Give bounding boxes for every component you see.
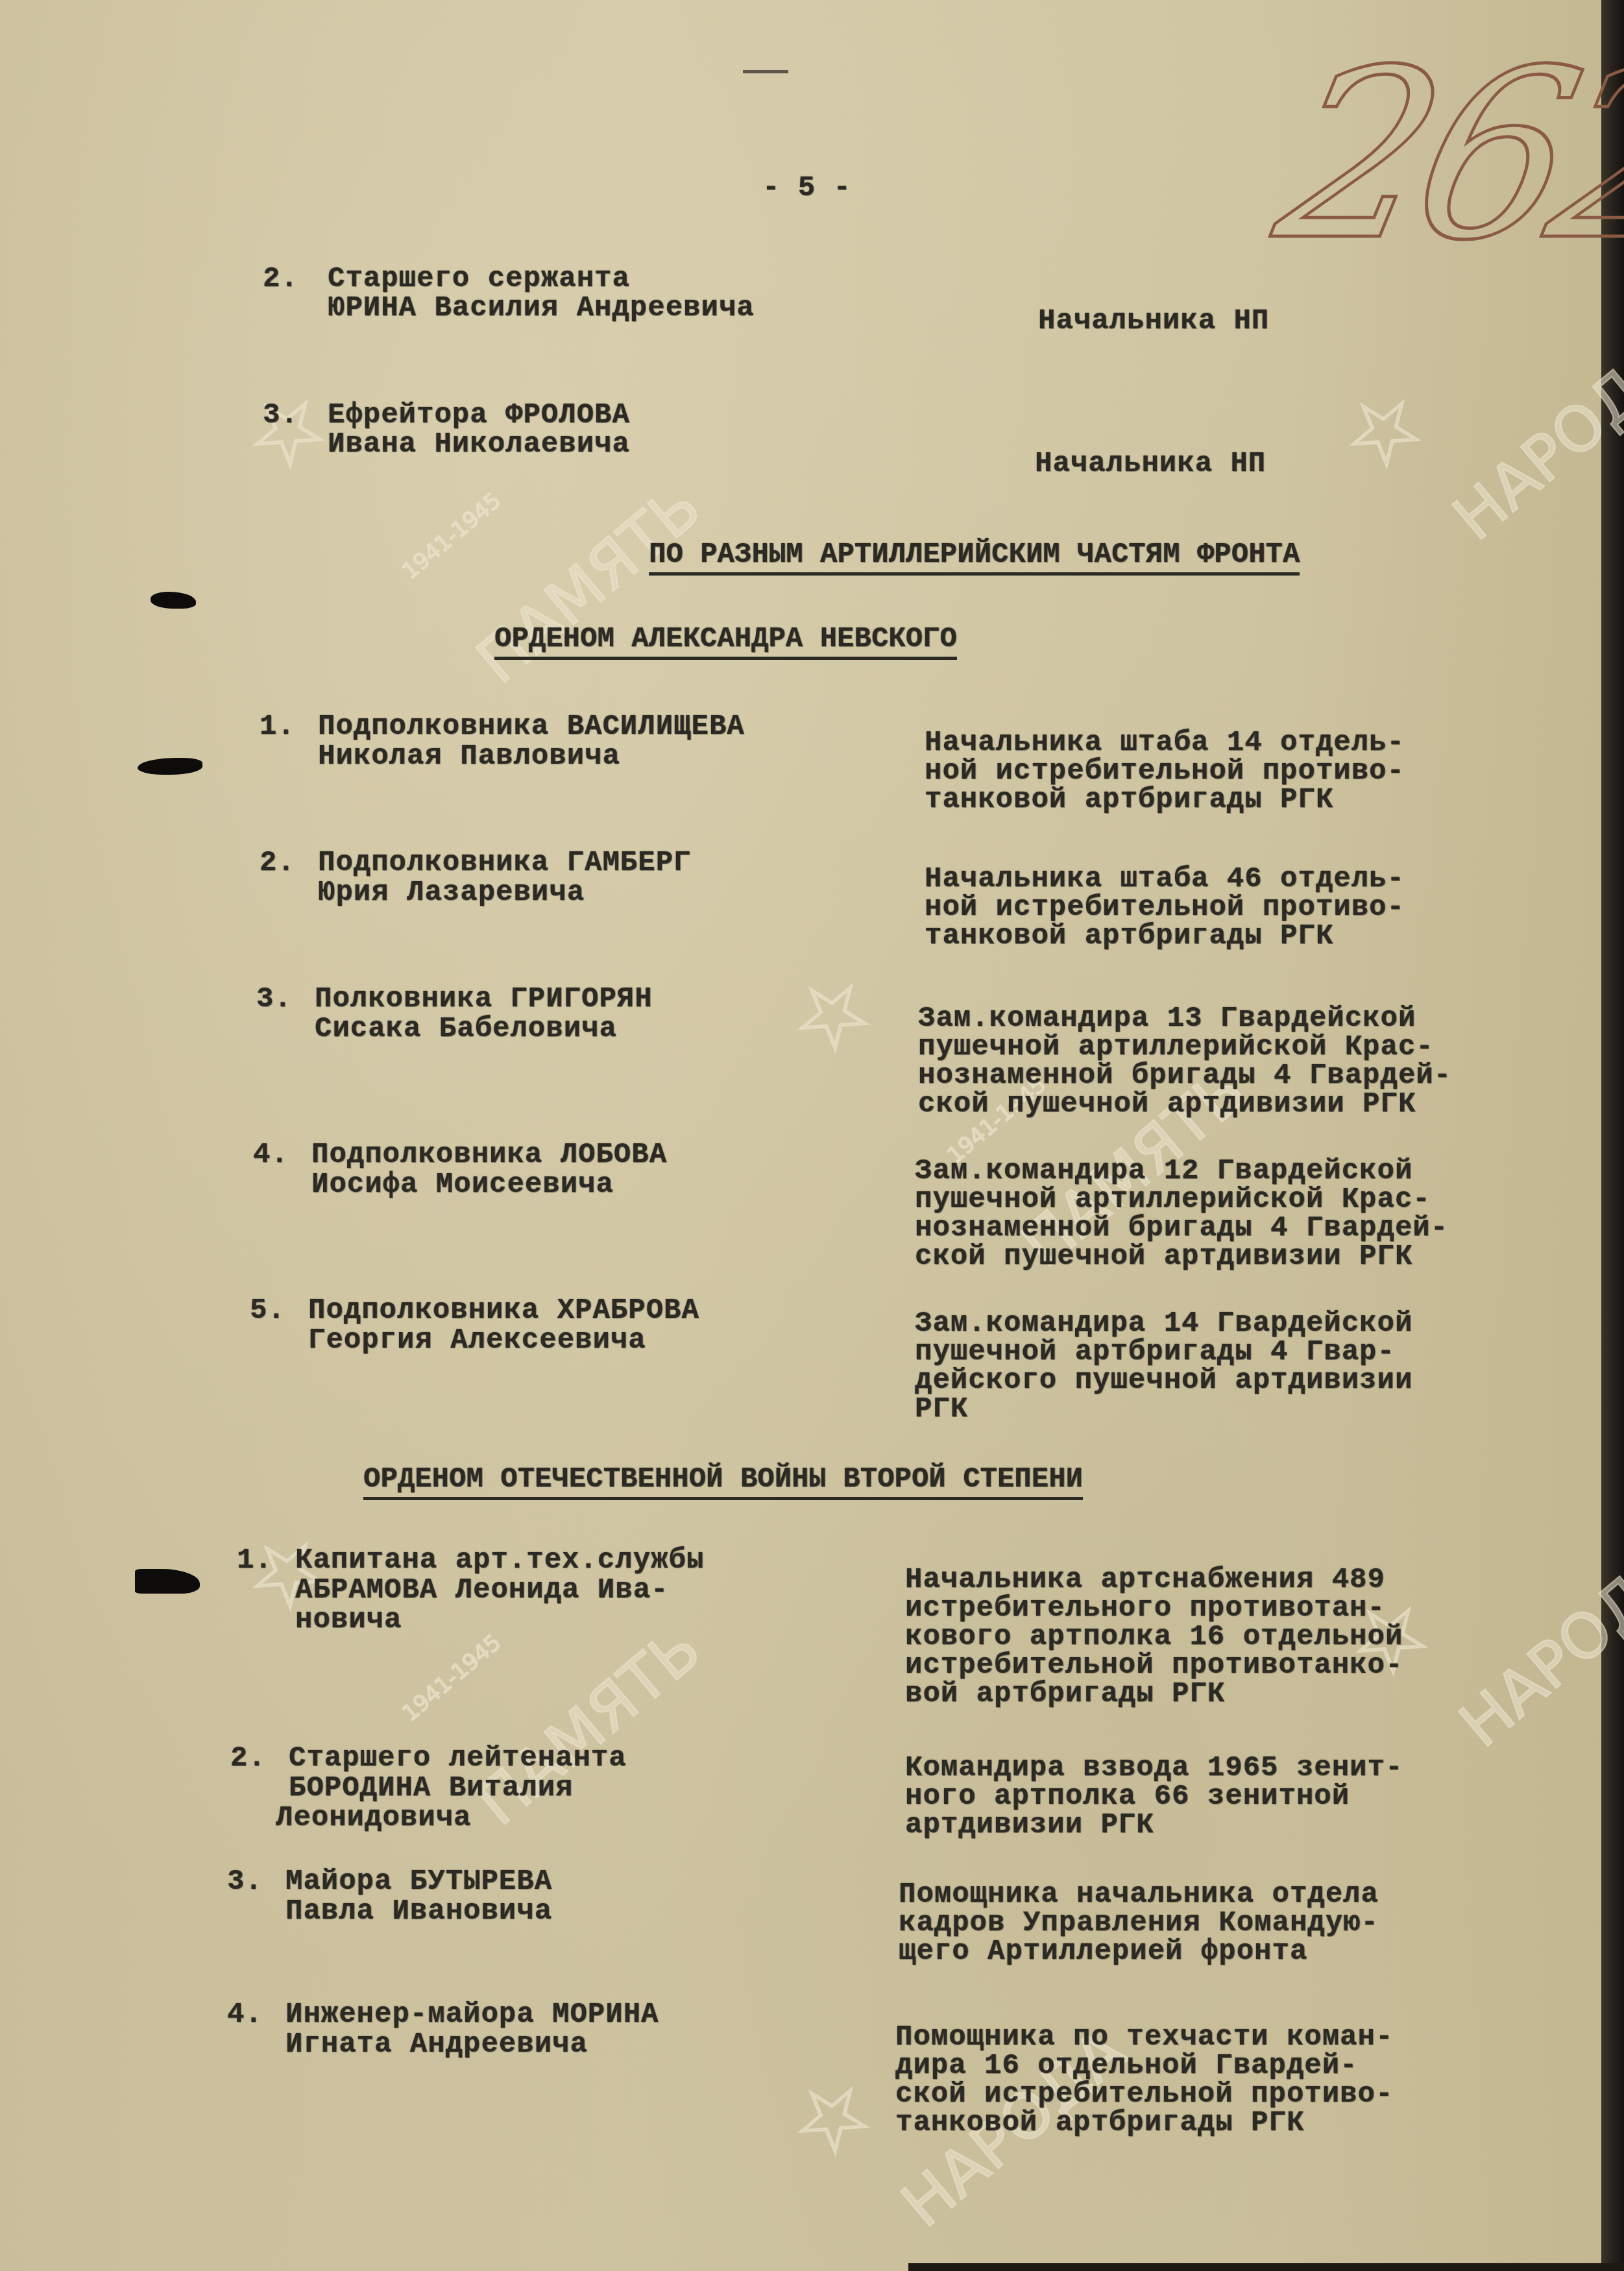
entry-position-line: нознаменной бригады 4 Гвардей-	[915, 1212, 1448, 1245]
entry-name-line: Леонидовича	[276, 1802, 471, 1834]
entry-position-line: кадров Управления Командую-	[899, 1907, 1379, 1939]
entry-position-line: Начальника штаба 46 отдель-	[925, 863, 1405, 895]
entry-name: ЮРИНА Василия Андреевича	[328, 292, 755, 324]
entry-name-line: Подполковника ЛОБОВА	[311, 1139, 667, 1171]
entry-position-line: кового артполка 16 отдельной	[905, 1621, 1403, 1653]
entry-position-line: РГК	[915, 1393, 968, 1426]
entry-position-line: истребительного противотан-	[905, 1592, 1385, 1625]
entry-position: Начальника НП	[1035, 448, 1266, 480]
entry-name: Ивана Николаевича	[328, 428, 630, 461]
entry-name-line: Игната Андреевича	[285, 2028, 588, 2061]
entry-position-line: пушечной артиллерийской Крас-	[915, 1184, 1431, 1216]
entry-position-line: Зам.командира 14 Гвардейской	[915, 1307, 1412, 1340]
entry-position-line: Помощника начальника отдела	[899, 1878, 1379, 1911]
top-dash-mark	[743, 70, 788, 73]
entry-position-line: Начальника штаба 14 отдель-	[925, 727, 1405, 759]
entry-name-line: БОРОДИНА Виталия	[289, 1772, 573, 1804]
entry-number: 4.	[227, 1998, 263, 2031]
entry-name-line: Майора БУТЫРЕВА	[285, 1865, 552, 1898]
entry-position-line: ного артполка 66 зенитной	[905, 1780, 1350, 1813]
entry-position-line: танковой артбригады РГК	[925, 784, 1333, 816]
entry-name-line: Инженер-майора МОРИНА	[285, 1998, 659, 2031]
entry-name-line: Иосифа Моисеевича	[311, 1169, 614, 1201]
entry-number: 2.	[263, 263, 298, 295]
entry-number: 1.	[260, 710, 295, 743]
entry-position-line: пушечной артиллерийской Крас-	[918, 1031, 1434, 1063]
entry-position-line: ской истребительной противо-	[895, 2078, 1393, 2111]
order-title: ОРДЕНОМ ОТЕЧЕСТВЕННОЙ ВОЙНЫ ВТОРОЙ СТЕПЕ…	[363, 1463, 1083, 1500]
entry-name-line: Капитана арт.тех.службы	[295, 1544, 704, 1577]
entry-position-line: танковой артбригады РГК	[895, 2107, 1304, 2139]
entry-position-line: нознаменной бригады 4 Гвардей-	[918, 1060, 1451, 1092]
entry-name-line: новича	[295, 1604, 402, 1636]
entry-name-line: Старшего лейтенанта	[289, 1742, 627, 1775]
entry-number: 3.	[227, 1865, 263, 1898]
order-title: ОРДЕНОМ АЛЕКСАНДРА НЕВСКОГО	[494, 623, 957, 660]
entry-position-line: артдивизии РГК	[905, 1809, 1154, 1841]
entry-position-line: дейского пушечной артдивизии	[915, 1365, 1412, 1397]
entry-position-line: Командира взвода 1965 зенит-	[905, 1752, 1403, 1784]
entry-number: 5.	[250, 1294, 285, 1327]
entry-position-line: ской пушечной артдивизии РГК	[915, 1241, 1412, 1273]
entry-position-line: истребительной противотанко-	[905, 1649, 1403, 1682]
entry-name-line: Подполковника ХРАБРОВА	[308, 1294, 699, 1327]
entry-position-line: Начальника артснабжения 489	[905, 1564, 1385, 1596]
entry-position-line: вой артбригады РГК	[905, 1678, 1225, 1710]
entry-position-line: дира 16 отдельной Гвардей-	[895, 2050, 1358, 2082]
entry-name-line: Сисака Бабеловича	[315, 1013, 617, 1045]
entry-position-line: ной истребительной противо-	[925, 892, 1405, 924]
entry-number: 3.	[256, 983, 292, 1015]
entry-name-line: Подполковника ГАМБЕРГ	[318, 847, 692, 879]
entry-number: 3.	[263, 399, 298, 431]
entry-position-line: Зам.командира 12 Гвардейской	[915, 1155, 1412, 1187]
entry-name-line: Павла Ивановича	[285, 1895, 552, 1928]
archive-page-number-handwritten: 262	[1263, 39, 1624, 273]
entry-number: 1.	[237, 1544, 273, 1577]
entry-position-line: ской пушечной артдивизии РГК	[918, 1088, 1416, 1121]
section-title: ПО РАЗНЫМ АРТИЛЛЕРИЙСКИМ ЧАСТЯМ ФРОНТА	[649, 539, 1300, 576]
entry-name-line: Николая Павловича	[318, 740, 620, 773]
entry-name-line: Подполковника ВАСИЛИЩЕВА	[318, 710, 745, 743]
entry-rank: Старшего сержанта	[328, 263, 630, 295]
entry-name-line: Юрия Лазаревича	[318, 877, 585, 909]
scan-border-bottom	[908, 2263, 1624, 2271]
entry-position-line: Зам.командира 13 Гвардейской	[918, 1002, 1416, 1035]
entry-position-line: Помощника по техчасти коман-	[895, 2021, 1393, 2054]
entry-number: 4.	[253, 1139, 289, 1171]
entry-position-line: пушечной артбригады 4 Гвар-	[915, 1336, 1395, 1368]
entry-name-line: Георгия Алексеевича	[308, 1324, 646, 1357]
page-number: - 5 -	[762, 172, 851, 204]
entry-name-line: АБРАМОВА Леонида Ива-	[295, 1574, 669, 1607]
entry-number: 2.	[230, 1742, 266, 1775]
entry-number: 2.	[260, 847, 295, 879]
entry-name-line: Полковника ГРИГОРЯН	[315, 983, 653, 1015]
entry-rank: Ефрейтора ФРОЛОВА	[328, 399, 630, 431]
entry-position-line: танковой артбригады РГК	[925, 920, 1333, 953]
entry-position-line: щего Артиллерией фронта	[899, 1936, 1307, 1968]
entry-position-line: ной истребительной противо-	[925, 755, 1405, 788]
entry-position: Начальника НП	[1038, 305, 1269, 337]
